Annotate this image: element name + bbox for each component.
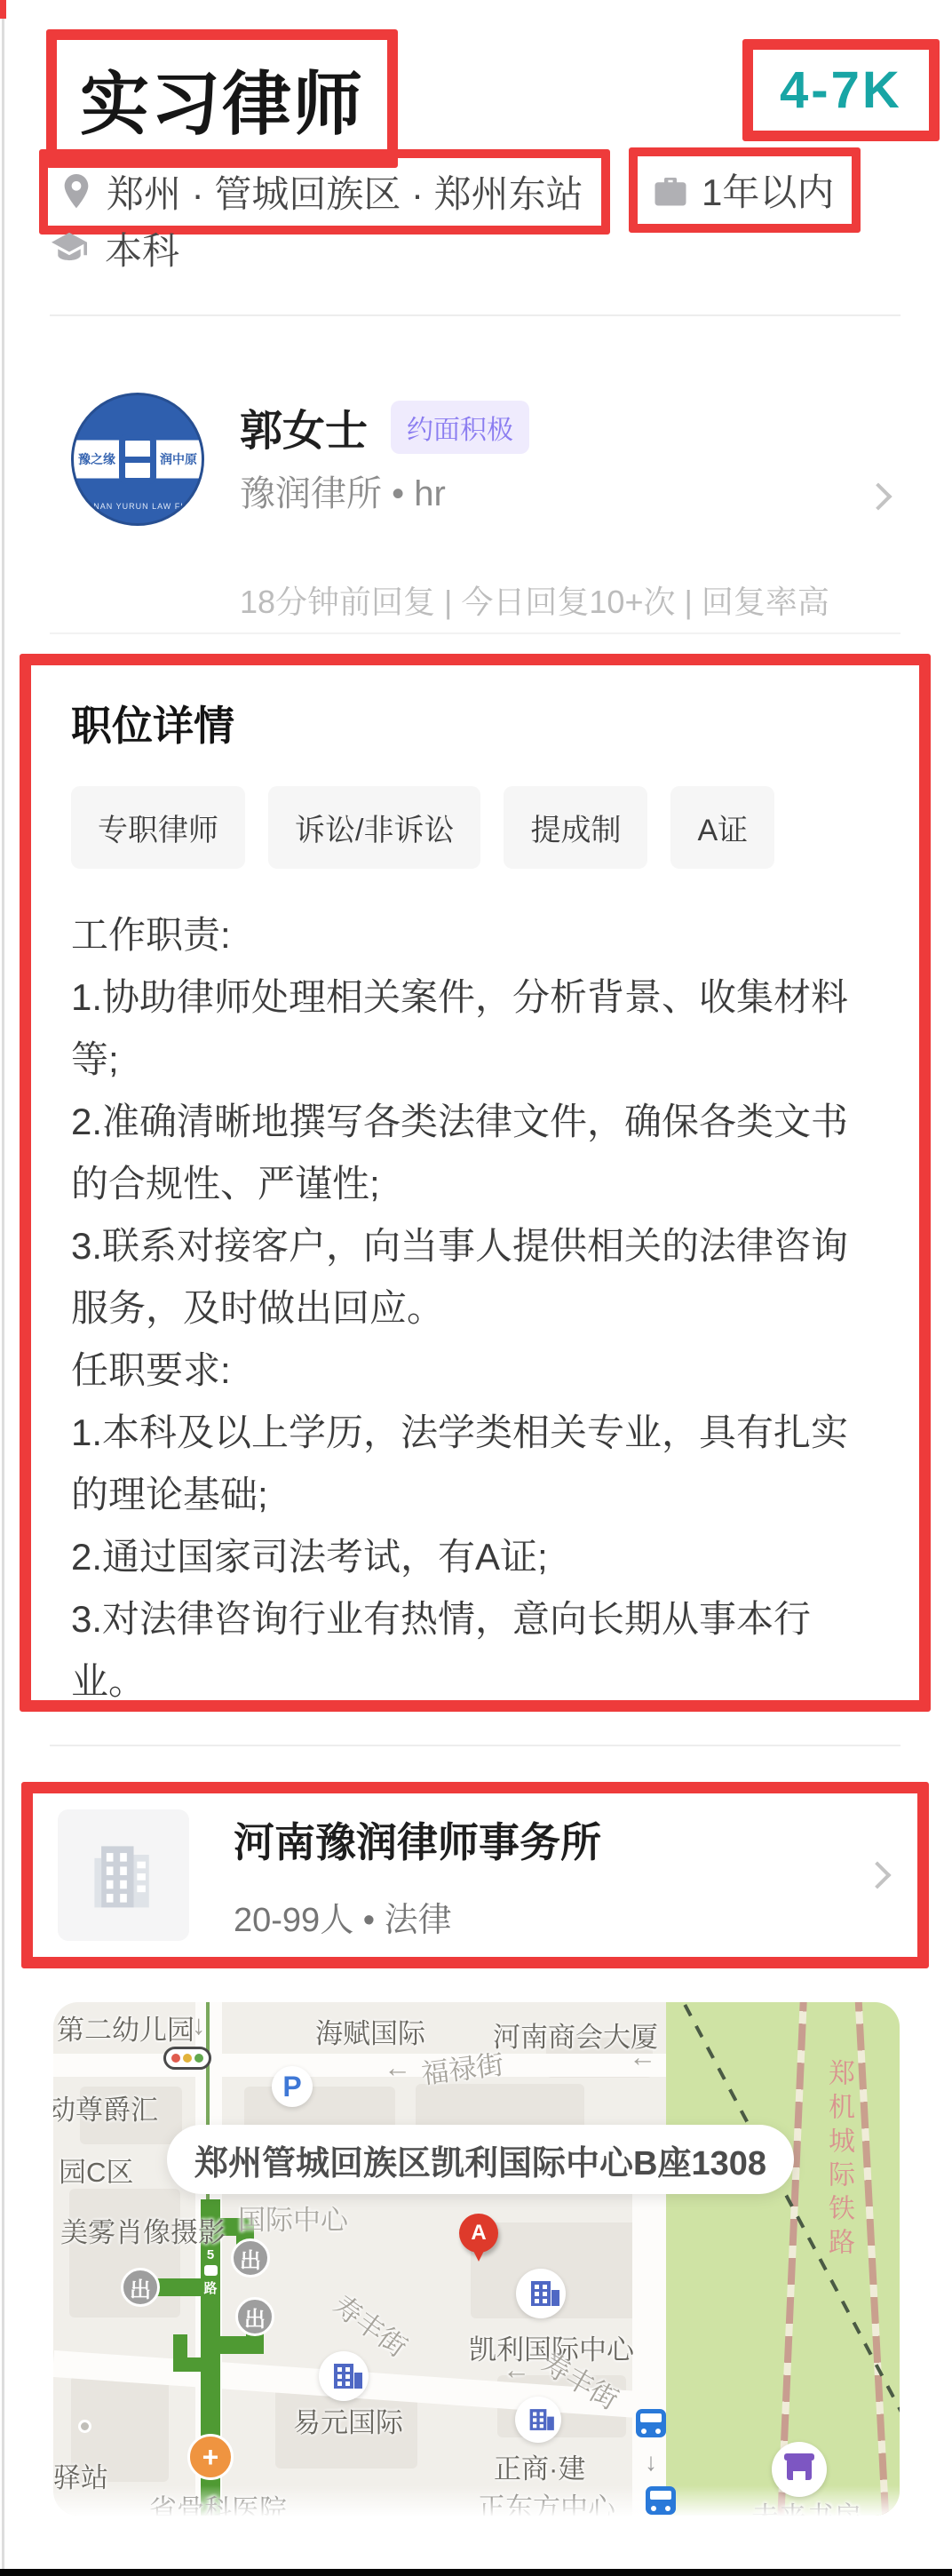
map-label: ← (629, 2041, 656, 2073)
recruiter-reply-stats: 18分钟前回复 | 今日回复10+次 | 回复率高 (240, 577, 829, 623)
chevron-right-icon[interactable] (864, 482, 892, 510)
company-meta: 20-99人 • 法律 (234, 1892, 601, 1941)
route-segment (156, 2278, 202, 2296)
annotation-box-title: 实习律师 (46, 29, 398, 168)
location-pin-icon (59, 172, 94, 211)
exit-icon: 出 (121, 2268, 160, 2307)
building-poi-icon (516, 2269, 566, 2318)
direction-arrow-icon: ↓ (645, 2448, 657, 2477)
description-line: 1.协助律师处理相关案件，分析背景、收集材料 (71, 966, 880, 1029)
description-line: 2.通过国家司法考试，有A证; (71, 1526, 880, 1588)
exit-icon: 出 (235, 2297, 274, 2336)
divider (50, 632, 900, 634)
station-dot-icon (78, 2420, 91, 2433)
description-line: 等; (71, 1029, 880, 1091)
hospital-icon: + (187, 2434, 234, 2480)
map-road (53, 2054, 666, 2077)
graduation-cap-icon (50, 231, 89, 266)
law-firm-emblem (119, 434, 156, 484)
company-name: 河南豫润律师事务所 (234, 1810, 601, 1869)
building-poi-icon (319, 2351, 369, 2401)
bookstore-icon (772, 2442, 827, 2497)
section-title: 职位详情 (71, 694, 880, 752)
map-label: 正商·建 (494, 2446, 585, 2486)
building-poi-icon (515, 2397, 561, 2443)
description-line: 任职要求: (71, 1340, 880, 1402)
parking-icon: P (272, 2066, 313, 2107)
map-label: ← (384, 2052, 411, 2084)
salary-value: 4-7K (780, 60, 902, 120)
map-label: 省骨科医院 (149, 2487, 287, 2516)
job-tag: 诉讼/非诉讼 (268, 786, 480, 869)
exit-icon: 出 (231, 2238, 270, 2278)
screenshot-left-border (2, 0, 4, 2576)
divider (50, 314, 900, 316)
map-label: 未来书房 (751, 2494, 861, 2516)
map-label: 国际中心 (238, 2198, 348, 2238)
map-label: 海赋国际 (315, 2011, 425, 2051)
description-line: 的理论基础; (71, 1464, 880, 1526)
description-line: 工作职责: (71, 904, 880, 966)
description-line: 的合规性、严谨性; (71, 1153, 880, 1215)
map-label: 园C区 (59, 2150, 133, 2190)
map-label: 正东方中心 (478, 2485, 615, 2516)
annotation-box-salary: 4-7K (742, 39, 940, 141)
bottom-bar (0, 2569, 952, 2576)
annotation-corner-mark (0, 0, 6, 19)
recruiter-card[interactable]: 豫之缘 润中原 HE NAN YURUN LAW FIRM 郭女士 约面积极 豫… (50, 391, 902, 632)
address-pill: 郑州管城回族区凯利国际中心B座1308 (167, 2125, 794, 2194)
map-pin-a: A (459, 2214, 498, 2253)
avatar-band-text: 润中原 (160, 450, 197, 468)
recruiter-org: 豫润律所 • hr (240, 465, 446, 516)
chevron-right-icon[interactable] (863, 1861, 891, 1888)
recruiter-name: 郭女士 (240, 396, 368, 457)
job-description: 工作职责:1.协助律师处理相关案件，分析背景、收集材料等;2.准确清晰地撰写各类… (71, 904, 880, 1713)
job-tag: A证 (670, 786, 774, 869)
route-segment (218, 2336, 263, 2354)
description-line: 2.准确清晰地撰写各类法律文件，确保各类文书 (71, 1091, 880, 1153)
annotation-box-job-detail: 职位详情 专职律师诉讼/非诉讼提成制A证 工作职责:1.协助律师处理相关案件，分… (20, 654, 931, 1712)
divider (50, 1745, 900, 1746)
description-line: 1.本科及以上学历，法学类相关专业，具有扎实 (71, 1402, 880, 1464)
route-segment (173, 2357, 202, 2372)
map-label: ← (503, 2354, 530, 2386)
building-icon (83, 1834, 164, 1916)
job-tag: 提成制 (504, 786, 647, 869)
map-label: 美雾肖像摄影 (60, 2210, 226, 2250)
map-label: 易元国际 (293, 2400, 403, 2440)
description-line: 3.联系对接客户，向当事人提供相关的法律咨询 (71, 1215, 880, 1277)
description-line: 业。 (71, 1650, 880, 1713)
bus-route-marker: 5路 (201, 2247, 220, 2297)
company-card[interactable]: 河南豫润律师事务所 20-99人 • 法律 (21, 1782, 929, 1968)
map-label: 郑机城际铁路 (819, 2059, 858, 2262)
map-label: ↓ (192, 2009, 206, 2041)
job-tags: 专职律师诉讼/非诉讼提成制A证 (71, 786, 880, 869)
map-label: 动尊爵汇 (53, 2087, 158, 2127)
company-logo-tile (58, 1809, 189, 1941)
education-row: 本科 (50, 222, 179, 275)
description-line: 3.对法律咨询行业有热情，意向长期从事本行 (71, 1588, 880, 1650)
bus-stop-icon (646, 2486, 676, 2515)
briefcase-icon (652, 171, 689, 209)
bus-stop-icon (636, 2409, 666, 2437)
map-label: 第二幼儿园 (57, 2008, 194, 2047)
job-location: 郑州 · 管城回族区 · 郑州东站 (107, 165, 583, 219)
job-education: 本科 (105, 222, 179, 275)
job-detail-page: { "job": { "title": "实习律师", "salary": "4… (0, 0, 952, 2576)
avatar-band-text: 豫之缘 (78, 450, 115, 468)
location-map[interactable]: 5路 P 出 出 出 A + ↓ 第二幼儿园↓海赋国际河南商会大厦←福禄街←动尊… (53, 2002, 900, 2516)
job-tag: 专职律师 (71, 786, 245, 869)
description-line: 服务，及时做出回应。 (71, 1277, 880, 1340)
job-experience: 1年以内 (702, 163, 834, 217)
recruiter-avatar: 豫之缘 润中原 HE NAN YURUN LAW FIRM (71, 393, 204, 526)
recruiter-badge: 约面积极 (391, 401, 529, 454)
page-title: 实习律师 (80, 49, 364, 148)
traffic-light-icon (163, 2047, 211, 2070)
avatar-arc-text: HE NAN YURUN LAW FIRM (74, 502, 202, 511)
annotation-box-experience: 1年以内 (629, 147, 861, 233)
map-label: 驿站 (53, 2455, 108, 2495)
